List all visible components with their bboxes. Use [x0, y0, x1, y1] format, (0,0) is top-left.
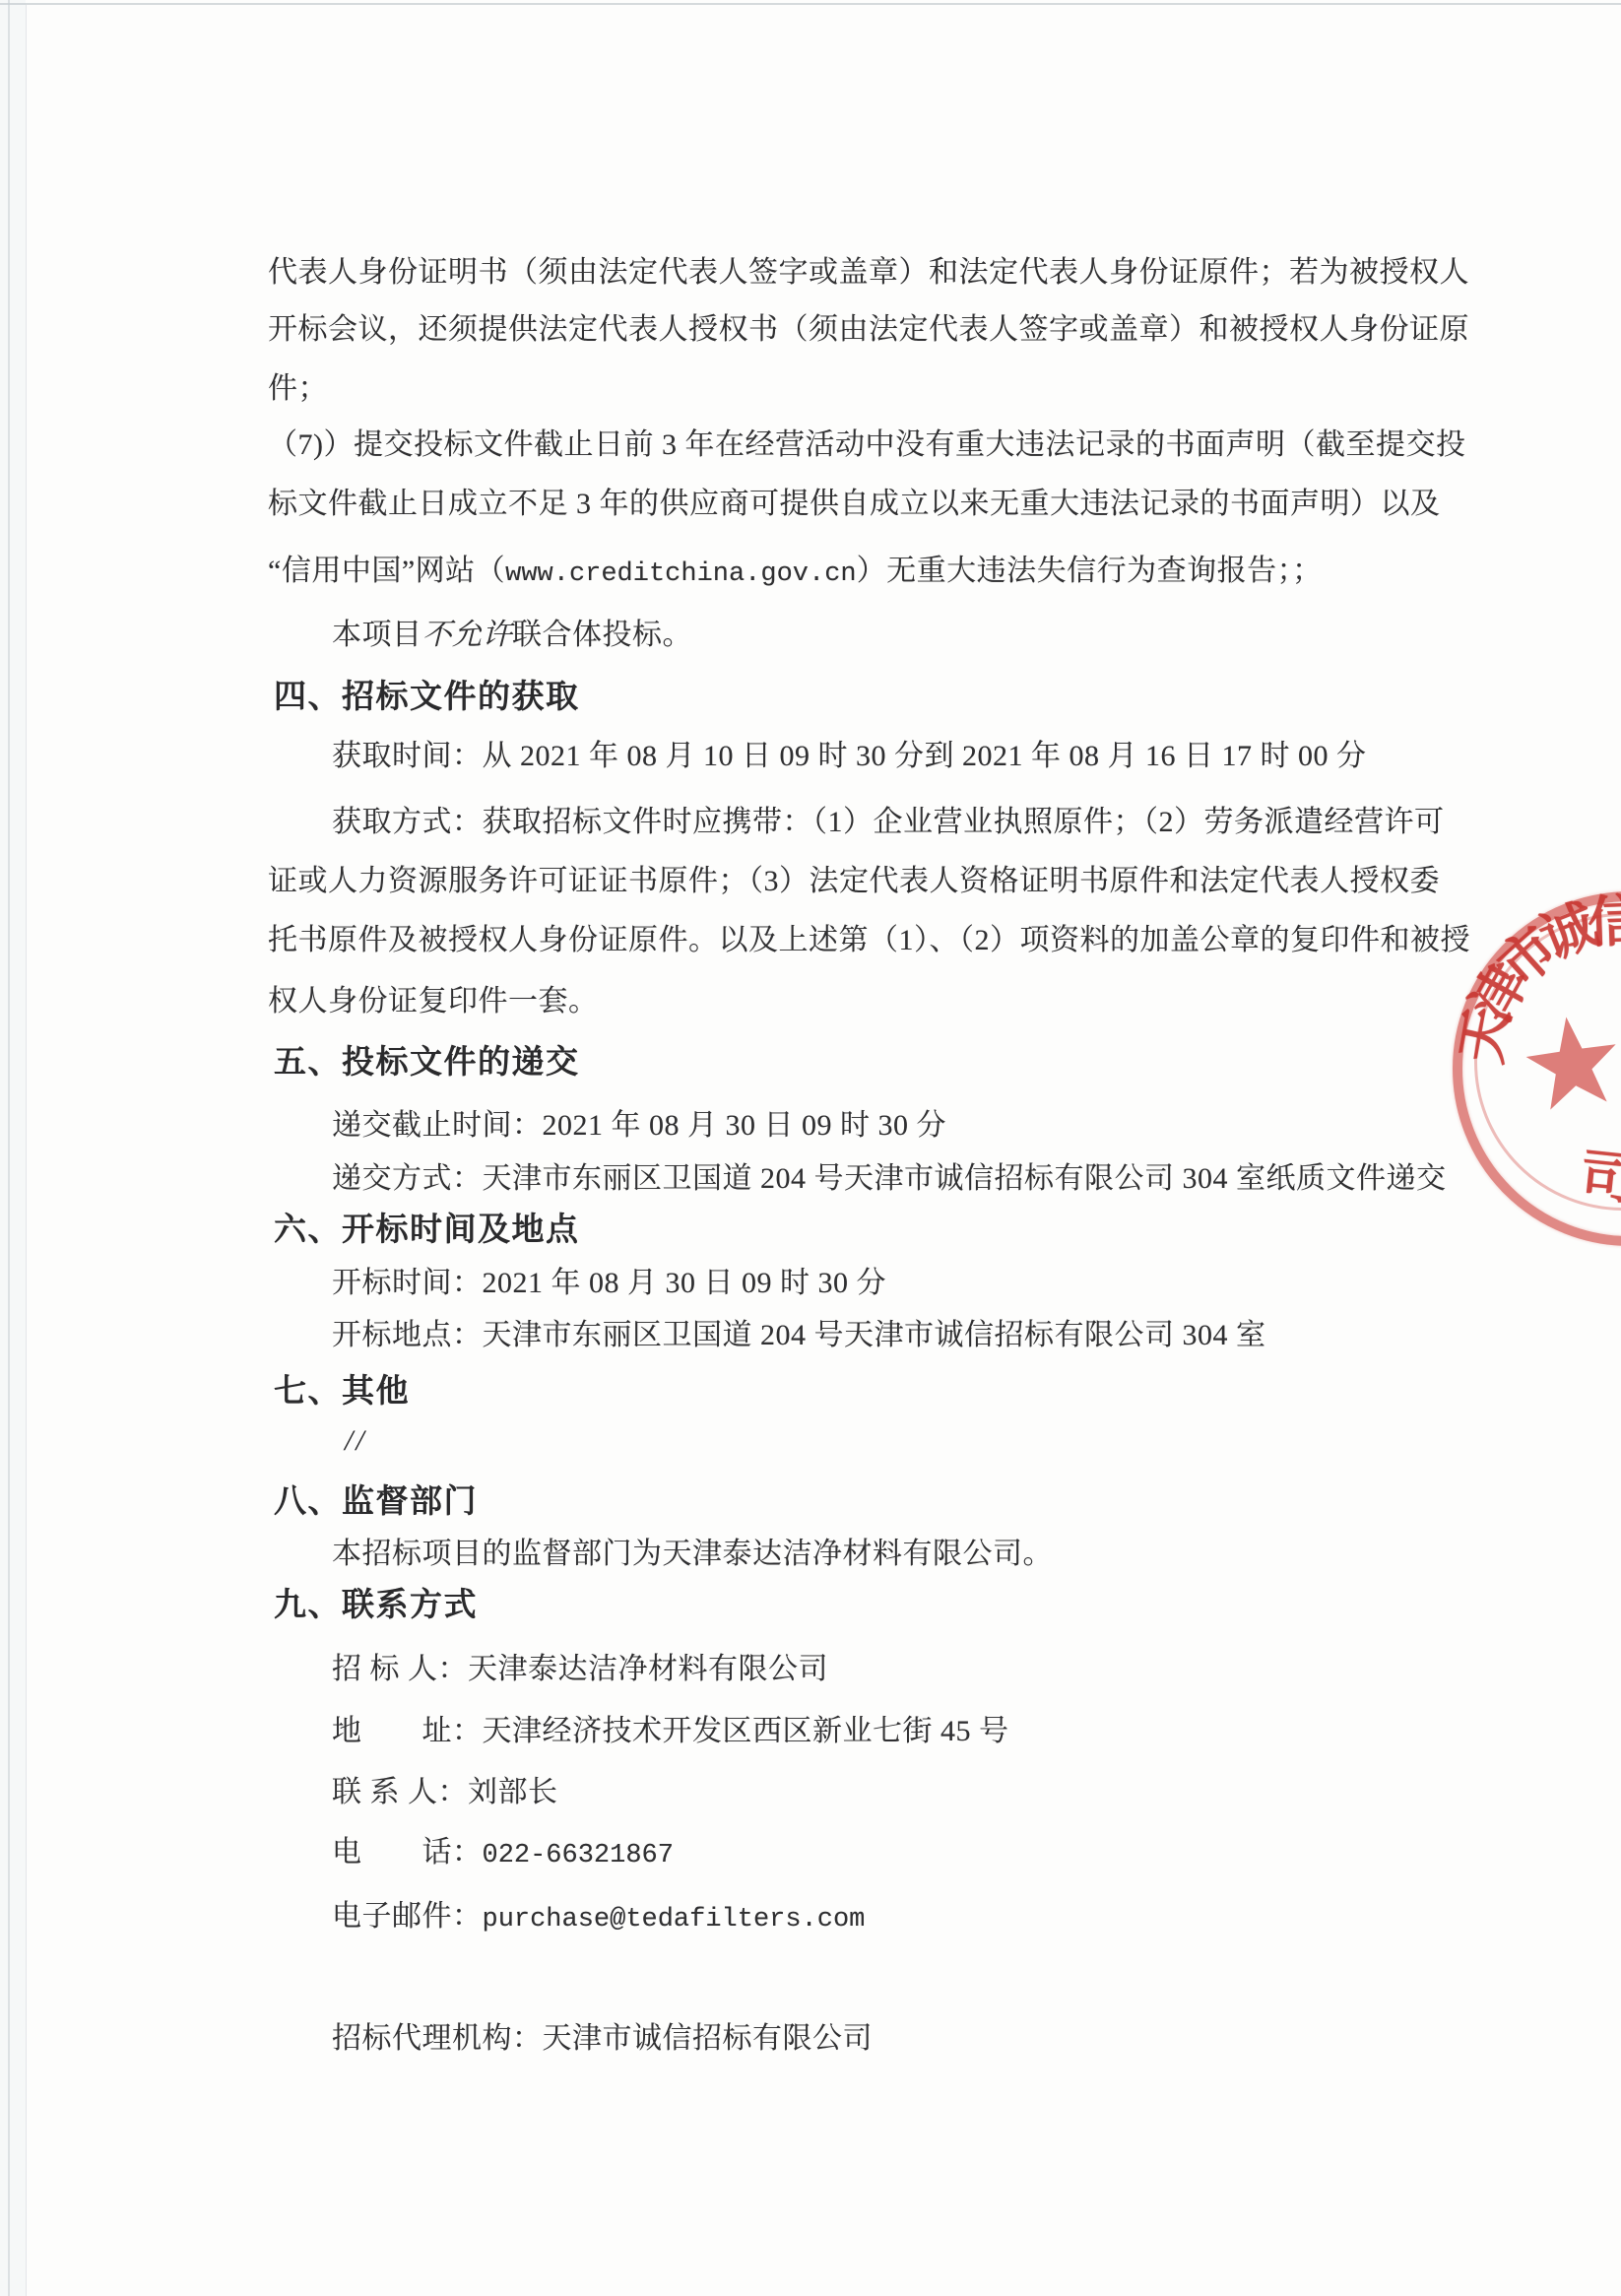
seal-star-icon	[1521, 1009, 1621, 1119]
section4-method-cont-2: 托书原件及被授权人身份证原件。以及上述第（1）、（2）项资料的加盖公章的复印件和…	[268, 922, 1470, 959]
section9-heading: 九、联系方式	[274, 1585, 478, 1624]
no-joint-italic: 不允许	[422, 619, 513, 651]
contact-row-phone: 电 话：022-66321867	[332, 1834, 674, 1874]
seal-ring-char-4: 诚	[1533, 897, 1605, 969]
intro-line-3: 件；	[268, 370, 328, 408]
phone-value: 022-66321867	[483, 1841, 674, 1870]
intro-line-2: 开标会议，还须提供法定代表人授权书（须由法定代表人签字或盖章）和被授权人身份证原	[268, 311, 1469, 349]
contact-row-person: 联 系 人：刘部长	[332, 1774, 558, 1811]
intro-line-6: “信用中国”网站（www.creditchina.gov.cn）无重大违法失信行…	[268, 553, 1323, 593]
contact-row-agency: 招标代理机构：天津市诚信招标有限公司	[332, 2020, 873, 2058]
section5-deadline: 递交截止时间：2021 年 08 月 30 日 09 时 30 分	[332, 1107, 946, 1145]
email-value: purchase@tedafilters.com	[483, 1905, 866, 1935]
no-joint-bid-line: 本项目不允许联合体投标。	[332, 617, 692, 654]
section6-open-time: 开标时间：2021 年 08 月 30 日 09 时 30 分	[332, 1265, 886, 1302]
section4-method-cont-3: 权人身份证复印件一套。	[268, 983, 599, 1020]
contact-row-address: 地 址：天津经济技术开发区西区新业七街 45 号	[332, 1713, 1009, 1750]
scanned-document-page: 代表人身份证明书（须由法定代表人签字或盖章）和法定代表人身份证原件；若为被授权人…	[0, 0, 1621, 2296]
credit-china-text-pre: “信用中国”网站（	[268, 555, 505, 587]
section8-heading: 八、监督部门	[274, 1481, 478, 1521]
contact-person-label: 联 系 人：	[332, 1776, 468, 1808]
contact-row-email: 电子邮件：purchase@tedafilters.com	[332, 1898, 865, 1938]
seal-ring-char-3: 市	[1490, 919, 1568, 997]
no-joint-suffix: 联合体投标。	[512, 619, 692, 651]
agency-label: 招标代理机构：	[332, 2022, 543, 2055]
section4-obtain-method: 获取方式：获取招标文件时应携带：（1）企业营业执照原件；（2）劳务派遣经营许可	[332, 804, 1445, 841]
address-label: 地 址：	[332, 1715, 483, 1747]
seal-inner-ring	[1474, 913, 1621, 1211]
phone-label: 电 话：	[332, 1836, 483, 1869]
email-label: 电子邮件：	[332, 1900, 483, 1933]
tenderer-label: 招 标 人：	[332, 1653, 468, 1685]
section8-body: 本招标项目的监督部门为天津泰达洁净材料有限公司。	[332, 1536, 1053, 1573]
contact-row-tenderer: 招 标 人：天津泰达洁净材料有限公司	[332, 1651, 828, 1688]
section5-heading: 五、投标文件的递交	[274, 1042, 580, 1082]
seal-ring-char-5: 信	[1587, 894, 1621, 951]
intro-line-5: 标文件截止日成立不足 3 年的供应商可提供自成立以来无重大违法记录的书面声明）以…	[268, 486, 1441, 523]
credit-china-url: www.creditchina.gov.cn	[505, 559, 856, 589]
section7-body: //	[345, 1422, 367, 1460]
seal-outer-ring	[1453, 891, 1621, 1246]
seal-ring-char-2: 津	[1463, 955, 1538, 1030]
agency-value: 天津市诚信招标有限公司	[543, 2022, 874, 2055]
contact-person-value: 刘部长	[468, 1776, 558, 1808]
no-joint-prefix: 本项目	[332, 619, 422, 651]
intro-line-1: 代表人身份证明书（须由法定代表人签字或盖章）和法定代表人身份证原件；若为被授权人	[268, 254, 1469, 292]
section6-heading: 六、开标时间及地点	[274, 1210, 580, 1249]
credit-china-text-post: ）无重大违法失信行为查询报告；；	[857, 555, 1323, 587]
seal-ring-char-1: 天	[1455, 1004, 1519, 1068]
scan-left-line-inner	[26, 5, 27, 2296]
address-value: 天津经济技术开发区西区新业七街 45 号	[483, 1715, 1009, 1747]
section5-method: 递交方式：天津市东丽区卫国道 204 号天津市诚信招标有限公司 304 室纸质文…	[332, 1160, 1447, 1198]
scan-top-line	[0, 3, 1621, 5]
scan-left-edge	[0, 0, 26, 2296]
section4-obtain-time: 获取时间：从 2021 年 08 月 10 日 09 时 30 分到 2021 …	[332, 738, 1367, 775]
section4-method-cont-1: 证或人力资源服务许可证证书原件；（3）法定代表人资格证明书原件和法定代表人授权委	[268, 863, 1440, 900]
seal-bottom-char: 司	[1577, 1148, 1621, 1210]
scan-left-line-outer	[8, 0, 10, 2296]
intro-line-4: （7)）提交投标文件截止日前 3 年在经营活动中没有重大违法记录的书面声明（截至…	[268, 426, 1466, 464]
section4-heading: 四、招标文件的获取	[274, 677, 580, 716]
tenderer-value: 天津泰达洁净材料有限公司	[468, 1653, 828, 1685]
section6-open-place: 开标地点：天津市东丽区卫国道 204 号天津市诚信招标有限公司 304 室	[332, 1317, 1266, 1354]
section7-heading: 七、其他	[274, 1371, 410, 1410]
